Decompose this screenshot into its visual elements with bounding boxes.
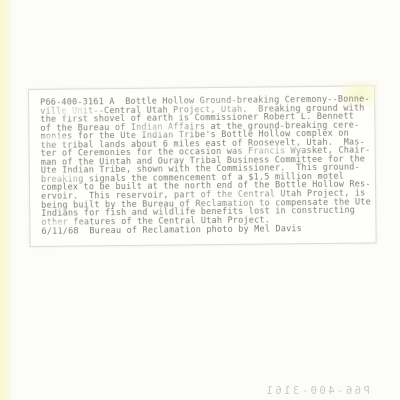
scan-left-edge-tint: [0, 0, 16, 400]
scanned-caption-card-page: P66-400-3161 A Bottle Hollow Ground-brea…: [0, 0, 400, 400]
mirrored-photo-number-stamp: P66-400-3161: [264, 385, 370, 397]
typed-caption-slip: P66-400-3161 A Bottle Hollow Ground-brea…: [28, 85, 377, 247]
caption-text-block: P66-400-3161 A Bottle Hollow Ground-brea…: [40, 95, 369, 236]
caption-credit-date-line: 6/11/68 Bureau of Reclamation photo by M…: [41, 224, 369, 236]
